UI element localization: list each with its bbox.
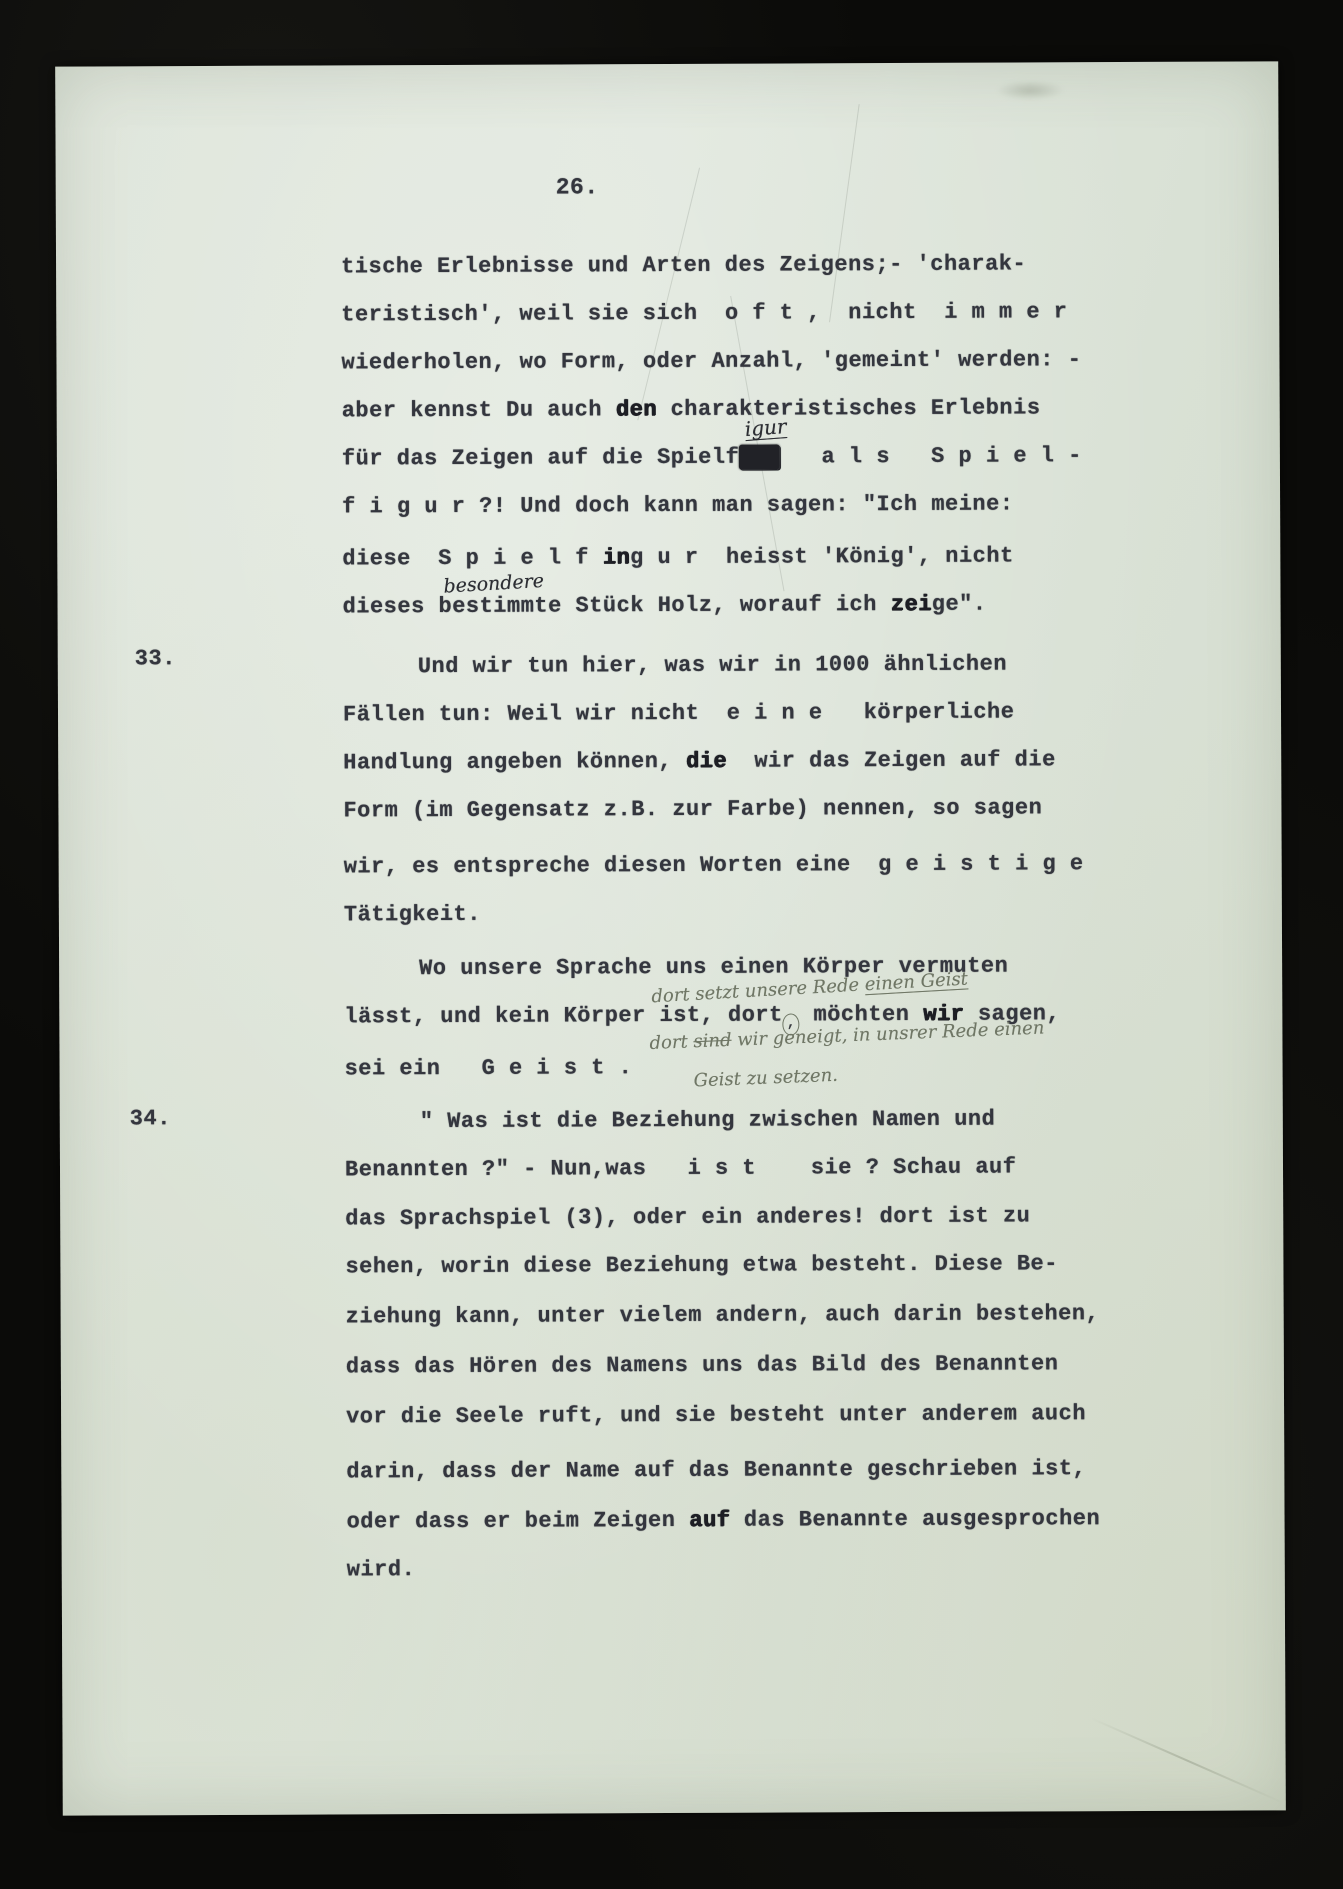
text-segment: auf	[689, 1508, 730, 1533]
typed-line: dass das Hören des Namens uns das Bild d…	[346, 1351, 1059, 1379]
text-segment: Form (im Gegensatz z.B. zur Farbe) nenne…	[343, 795, 1042, 823]
typed-line: Und wir tun hier, was wir in 1000 ähnlic…	[418, 652, 1007, 680]
text-segment: a l s S p i e l -	[780, 443, 1082, 469]
text-segment: zei	[891, 592, 932, 617]
text-segment: igur	[744, 414, 787, 441]
page-number: 26.	[556, 174, 599, 200]
text-segment: ge".	[932, 592, 987, 617]
text-segment: den	[616, 397, 657, 422]
handwritten-annotation: Geist zu setzen.	[693, 1065, 838, 1092]
typed-line: f i g u r ?! Und doch kann man sagen: "I…	[342, 491, 1014, 519]
text-segment: diese S p i e l f	[342, 545, 602, 571]
typed-line: darin, dass der Name auf das Benannte ge…	[346, 1456, 1086, 1484]
typed-line: oder dass er beim Zeigen auf das Benannt…	[346, 1506, 1100, 1534]
text-segment: vor die Seele ruft, und sie besteht unte…	[346, 1401, 1086, 1429]
typed-line: Handlung angeben können, die wir das Zei…	[343, 747, 1056, 775]
text-segment: f i g u r ?! Und doch kann man sagen: "I…	[342, 491, 1014, 519]
text-segment: dieses bestimmte Stück Holz, worauf ich	[342, 592, 890, 619]
text-segment: oder dass er beim Zeigen	[346, 1508, 689, 1534]
typed-line: Benannten ?" - Nun,was i s t sie ? Schau…	[345, 1154, 1017, 1182]
margin-number: 33.	[135, 646, 176, 671]
pencil-smudge	[995, 80, 1065, 100]
typed-line: vor die Seele ruft, und sie besteht unte…	[346, 1401, 1086, 1429]
manuscript-scan: { "document": { "page_number": "26.", "m…	[0, 0, 1343, 1889]
typed-line: sei ein G e i s t .	[345, 1055, 633, 1081]
paper-scratch	[637, 168, 700, 421]
typed-line: tische Erlebnisse und Arten des Zeigens;…	[341, 251, 1026, 279]
typed-line: diese S p i e l f ing u r heisst 'König'…	[342, 543, 1014, 571]
text-segment: sind	[693, 1030, 732, 1052]
paper: 26.tische Erlebnisse und Arten des Zeige…	[55, 61, 1286, 1815]
text-segment: Benannten ?" - Nun,was i s t sie ? Schau…	[345, 1154, 1017, 1182]
typed-line: aber kennst Du auch den charakteristisch…	[342, 395, 1041, 423]
text-segment: in	[603, 545, 631, 570]
text-segment: wir, es entspreche diesen Worten eine g …	[344, 851, 1084, 879]
typed-line: teristisch', weil sie sich o f t , nicht…	[341, 299, 1067, 327]
typed-line: " Was ist die Beziehung zwischen Namen u…	[420, 1107, 996, 1135]
text-segment: das Benannte ausgesprochen	[730, 1506, 1100, 1533]
text-segment: wiederholen, wo Form, oder Anzahl, 'geme…	[341, 347, 1081, 375]
text-segment: für das Zeigen auf die Spielf	[342, 445, 739, 472]
ink-blot: ern	[739, 445, 780, 470]
margin-number: 34.	[130, 1106, 171, 1131]
text-segment: aber kennst Du auch	[342, 397, 616, 423]
text-segment: sei ein G e i s t .	[345, 1055, 633, 1081]
text-segment: tische Erlebnisse und Arten des Zeigens;…	[341, 251, 1026, 279]
text-segment: wir das Zeigen auf die	[727, 747, 1056, 773]
text-segment: wird.	[347, 1557, 416, 1582]
paper-scratch	[829, 104, 860, 322]
text-segment: Handlung angeben können,	[343, 749, 686, 775]
text-segment: sehen, worin diese Beziehung etwa besteh…	[345, 1251, 1058, 1279]
text-segment: lässt, und kein Körper ist, dort	[344, 1003, 783, 1030]
typed-line: für das Zeigen auf die Spielfern a l s S…	[342, 443, 1082, 471]
typed-line: Fällen tun: Weil wir nicht e i n e körpe…	[343, 699, 1015, 727]
typed-line: ziehung kann, unter vielem andern, auch …	[346, 1301, 1100, 1329]
text-segment: Fällen tun: Weil wir nicht e i n e körpe…	[343, 699, 1015, 727]
text-segment: g u r heisst 'König', nicht	[630, 543, 1014, 570]
paper-crease	[1091, 1718, 1284, 1804]
typed-line: wiederholen, wo Form, oder Anzahl, 'geme…	[341, 347, 1081, 375]
text-segment: 26.	[556, 174, 599, 200]
text-segment: Tätigkeit.	[344, 902, 481, 928]
text-segment: dort	[649, 1031, 694, 1054]
typed-line: Tätigkeit.	[344, 902, 481, 928]
text-segment: " Was ist die Beziehung zwischen Namen u…	[420, 1107, 996, 1135]
typed-line: wird.	[347, 1557, 416, 1582]
text-segment: die	[686, 749, 727, 774]
text-segment: teristisch', weil sie sich o f t , nicht…	[341, 299, 1067, 327]
text-segment: das Sprachspiel (3), oder ein anderes! d…	[345, 1203, 1030, 1231]
text-segment: Und wir tun hier, was wir in 1000 ähnlic…	[418, 652, 1007, 680]
text-segment: darin, dass der Name auf das Benannte ge…	[346, 1456, 1086, 1484]
text-segment: charakteristisches Erlebnis	[657, 395, 1041, 422]
text-segment: ziehung kann, unter vielem andern, auch …	[346, 1301, 1100, 1329]
text-segment: einen Geist	[864, 968, 968, 995]
typed-line: dieses bestimmte Stück Holz, worauf ich …	[342, 592, 986, 620]
handwritten-annotation: igur	[744, 414, 787, 441]
typed-line: sehen, worin diese Beziehung etwa besteh…	[345, 1251, 1058, 1279]
text-segment: dass das Hören des Namens uns das Bild d…	[346, 1351, 1059, 1379]
typed-line: Form (im Gegensatz z.B. zur Farbe) nenne…	[343, 795, 1042, 823]
typed-line: das Sprachspiel (3), oder ein anderes! d…	[345, 1203, 1030, 1231]
typed-line: wir, es entspreche diesen Worten eine g …	[344, 851, 1084, 879]
text-segment: Geist zu setzen.	[693, 1065, 838, 1092]
